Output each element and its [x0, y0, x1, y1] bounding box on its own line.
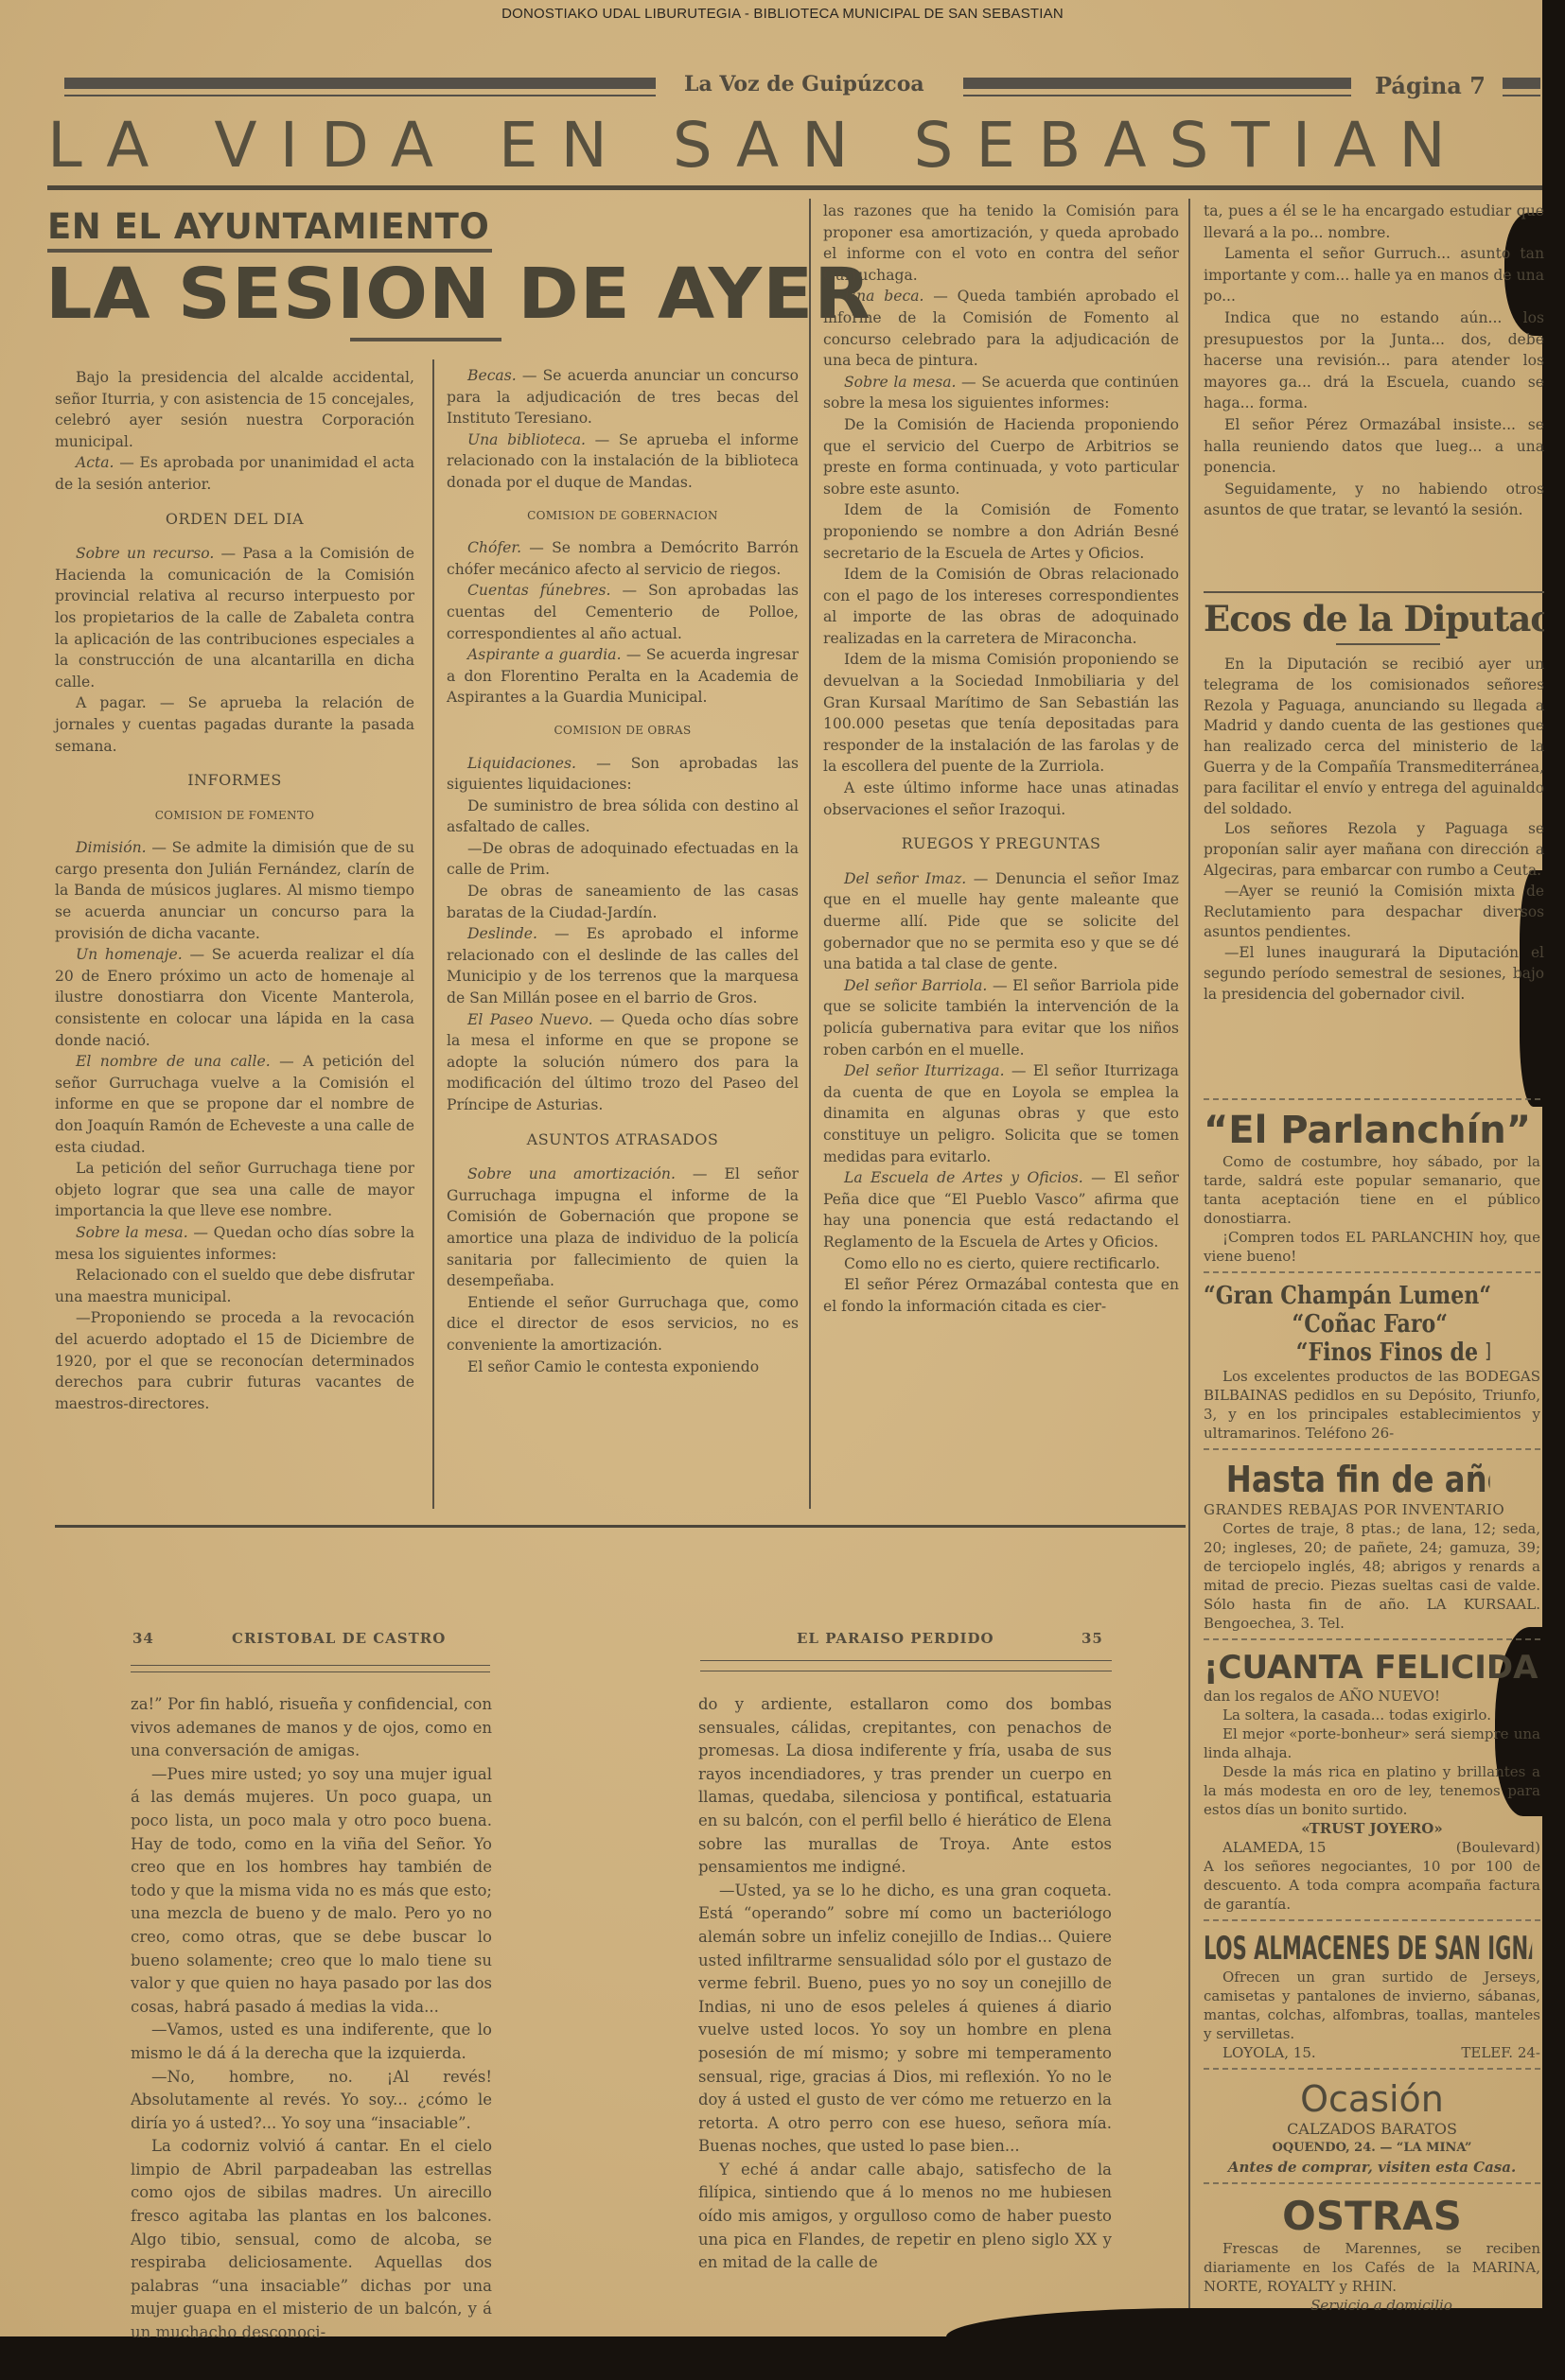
book-page-number-left: 34	[132, 1630, 154, 1647]
ad-separator	[1204, 1638, 1540, 1643]
paragraph: Sobre un recurso. — Pasa a la Comisión d…	[55, 543, 414, 692]
paragraph: Seguidamente, y no habiendo otros asunto…	[1204, 479, 1544, 521]
ad-ostras: OSTRAS Frescas de Marennes, se reciben d…	[1204, 2193, 1540, 2315]
item-label: Sobre la mesa.	[76, 1224, 188, 1241]
paragraph: Deslinde. — Es aprobado el informe relac…	[447, 923, 799, 1008]
item-label: Liquidaciones.	[467, 755, 576, 772]
item-label: El Paseo Nuevo.	[467, 1011, 593, 1028]
subheading: COMISION DE OBRAS	[447, 720, 799, 742]
item-label: Del señor Imaz.	[844, 870, 966, 887]
paragraph: —Ayer se reunió la Comisión mixta de Rec…	[1204, 882, 1544, 943]
ad-parlanchin: “El Parlanchín” Como de costumbre, hoy s…	[1204, 1109, 1540, 1266]
paragraph: Cuentas fúnebres. — Son aprobadas las cu…	[447, 580, 799, 644]
paragraph: De la Comisión de Hacienda proponiendo q…	[823, 414, 1179, 499]
book-header-rule	[700, 1671, 1112, 1671]
article-column-2: Becas. — Se acuerda anunciar un concurso…	[447, 365, 799, 1377]
item-label: Del señor Barriola.	[844, 977, 987, 994]
newspaper-name: La Voz de Guipúzcoa	[684, 72, 924, 96]
ad-brand: «TRUST JOYERO»	[1204, 1819, 1540, 1838]
paragraph: —No, hombre, no. ¡Al revés! Absolutament…	[131, 2066, 492, 2136]
masthead-rule	[64, 78, 656, 89]
item-label: Del señor Iturrizaga.	[844, 1062, 1005, 1079]
paragraph: El nombre de una calle. — A petición del…	[55, 1051, 414, 1158]
paragraph: —Vamos, usted es una indiferente, que lo…	[131, 2019, 492, 2065]
ad-body: Frescas de Marennes, se reciben diariame…	[1204, 2239, 1540, 2315]
subheading: ASUNTOS ATRASADOS	[447, 1129, 799, 1151]
item-label: A pagar.	[76, 694, 147, 711]
paragraph: —Usted, ya se lo he dicho, es una gran c…	[698, 1880, 1112, 2159]
ad-line: “Finos Finos de Rioja	[1204, 1339, 1490, 1367]
paragraph: La petición del señor Gurruchaga tiene p…	[55, 1158, 414, 1222]
subheading: INFORMES	[55, 770, 414, 792]
page-divider	[55, 1525, 1186, 1528]
item-label: La Escuela de Artes y Oficios.	[844, 1169, 1083, 1186]
paragraph: Lamenta el señor Gurruch... asunto tan i…	[1204, 243, 1544, 307]
ad-line: “Coñac Faro“	[1204, 1310, 1490, 1339]
paragraph: El Paseo Nuevo. — Queda ocho días sobre …	[447, 1009, 799, 1116]
archive-credit: DONOSTIAKO UDAL LIBURUTEGIA - BIBLIOTECA…	[0, 6, 1565, 22]
book-page-number-right: 35	[1081, 1630, 1103, 1647]
ad-address-note: (Boulevard)	[1437, 1838, 1540, 1857]
item-label: Una biblioteca.	[467, 431, 586, 448]
subheading: COMISION DE FOMENTO	[55, 805, 414, 827]
item-label: Dimisión.	[76, 839, 147, 856]
page-number: Página 7	[1375, 72, 1486, 99]
paragraph: Ofrecen un gran surtido de Jerseys, cami…	[1204, 1968, 1540, 2043]
book-left-page-text: za!” Por fin habló, risueña y confidenci…	[131, 1693, 492, 2345]
ad-title: “El Parlanchín”	[1204, 1109, 1540, 1152]
ad-line: “Gran Champán Lumen“	[1204, 1282, 1490, 1310]
paragraph: Y eché á andar calle abajo, satisfecho d…	[698, 2159, 1112, 2275]
ad-almacenes: LOS ALMACENES DE SAN IGNACIO Ofrecen un …	[1204, 1930, 1540, 2062]
paragraph: Idem de la misma Comisión proponiendo se…	[823, 649, 1179, 778]
headline-ornament-rule	[350, 338, 501, 341]
article-column-1: Bajo la presidencia del alcalde accident…	[55, 367, 414, 1414]
paragraph: Sobre la mesa. — Quedan ocho días sobre …	[55, 1222, 414, 1265]
paragraph: Del señor Imaz. — Denuncia el señor Imaz…	[823, 868, 1179, 975]
paragraph: Del señor Iturrizaga. — El señor Iturriz…	[823, 1060, 1179, 1167]
paragraph: A los señores negociantes, 10 por 100 de…	[1204, 1857, 1540, 1914]
masthead-rule	[1503, 78, 1540, 89]
paragraph: Como de costumbre, hoy sábado, por la ta…	[1204, 1152, 1540, 1228]
book-header-rule	[131, 1665, 490, 1666]
paragraph: El señor Pérez Ormazábal insiste... se h…	[1204, 414, 1544, 479]
book-header-rule	[700, 1660, 1112, 1661]
paragraph: Relacionado con el sueldo que debe disfr…	[55, 1265, 414, 1307]
item-label: El nombre de una calle.	[76, 1053, 271, 1070]
paragraph: A pagar. — Se aprueba la relación de jor…	[55, 692, 414, 757]
title-underline	[1336, 643, 1440, 645]
paragraph: El señor Pérez Ormazábal contesta que en…	[823, 1274, 1179, 1317]
item-label: Un homenaje.	[76, 946, 183, 963]
section-rule	[47, 185, 1542, 190]
paragraph: Liquidaciones. — Son aprobadas las sigui…	[447, 753, 799, 796]
book-running-header-right: EL PARAISO PERDIDO	[797, 1630, 994, 1647]
ad-title: ¡CUANTA FELICIDAD	[1204, 1649, 1540, 1687]
ad-separator	[1204, 1098, 1540, 1103]
paragraph: En la Diputación se recibió ayer un tele…	[1204, 655, 1544, 819]
item-label: Sobre un recurso.	[76, 545, 214, 562]
column-divider	[809, 199, 811, 1509]
ad-ocasion: Ocasión CALZADOS BARATOS OQUENDO, 24. — …	[1204, 2078, 1540, 2177]
diputacion-body: En la Diputación se recibió ayer un tele…	[1204, 655, 1544, 1006]
paragraph: De obras de saneamiento de las casas bar…	[447, 881, 799, 923]
ad-body: Los excelentes productos de las BODEGAS …	[1204, 1367, 1540, 1443]
paragraph: Del señor Barriola. — El señor Barriola …	[823, 975, 1179, 1060]
item-label: Becas.	[467, 367, 517, 384]
ad-separator	[1204, 2068, 1540, 2073]
paragraph: Los señores Rezola y Paguaga se proponía…	[1204, 819, 1544, 881]
paragraph: Bajo la presidencia del alcalde accident…	[55, 367, 414, 452]
item-label: Chófer.	[467, 539, 521, 556]
paragraph: Una biblioteca. — Se aprueba el informe …	[447, 429, 799, 494]
item-label: Una beca.	[844, 288, 923, 305]
torn-paper-damage	[1552, 1816, 1565, 2380]
paragraph: —Proponiendo se proceda a la revocación …	[55, 1307, 414, 1414]
ad-subtitle: GRANDES REBAJAS POR INVENTARIO	[1204, 1500, 1540, 1519]
subheading: COMISION DE GOBERNACION	[447, 505, 799, 527]
paragraph: Becas. — Se acuerda anunciar un concurso…	[447, 365, 799, 429]
paragraph: La Escuela de Artes y Oficios. — El seño…	[823, 1167, 1179, 1252]
paragraph: De suministro de brea sólida con destino…	[447, 796, 799, 838]
paragraph: Servicio a domicilio	[1204, 2296, 1540, 2315]
ad-phone: TELEF. 24-	[1442, 2043, 1540, 2062]
item-text: — El señor Gurruchaga impugna el informe…	[447, 1165, 799, 1289]
ad-address-line: LOYOLA, 15.TELEF. 24-	[1204, 2043, 1540, 2062]
paragraph: Frescas de Marennes, se reciben diariame…	[1204, 2239, 1540, 2296]
paragraph: Indica que no estando aún... los presupu…	[1204, 307, 1544, 414]
torn-paper-damage	[946, 2308, 1565, 2380]
kicker-underline	[47, 249, 492, 253]
ad-kursaal: Hasta fin de año GRANDES REBAJAS POR INV…	[1204, 1459, 1540, 1633]
article-column-4: ta, pues a él se le ha encargado estudia…	[1204, 201, 1544, 521]
ad-address-line: ALAMEDA, 15(Boulevard)	[1204, 1838, 1540, 1857]
subheading: RUEGOS Y PREGUNTAS	[823, 833, 1179, 855]
torn-paper-damage	[1542, 1088, 1565, 1561]
paragraph: —El lunes inaugurará la Diputación el se…	[1204, 943, 1544, 1005]
paragraph: Idem de la Comisión de Obras relacionado…	[823, 564, 1179, 649]
paragraph: Un homenaje. — Se acuerda realizar el dí…	[55, 944, 414, 1051]
article-headline: LA SESION DE AYER	[45, 254, 871, 335]
ad-separator	[1204, 2182, 1540, 2187]
ad-body: Ofrecen un gran surtido de Jerseys, cami…	[1204, 1968, 1540, 2062]
paragraph: Sobre la mesa. — Se acuerda que continúe…	[823, 372, 1179, 414]
paragraph: Entiende el señor Gurruchaga que, como d…	[447, 1292, 799, 1356]
ad-title: LOS ALMACENES DE SAN IGNACIO	[1204, 1930, 1532, 1968]
paragraph: —De obras de adoquinado efectuadas en la…	[447, 838, 799, 881]
ad-title: OSTRAS	[1204, 2193, 1540, 2239]
paragraph: Como ello no es cierto, quiere rectifica…	[823, 1253, 1179, 1275]
book-right-page-text: do y ardiente, estallaron como dos bomba…	[698, 1693, 1112, 2275]
paragraph: A este último informe hace unas atinadas…	[823, 778, 1179, 820]
paragraph: —Pues mire usted; yo soy una mujer igual…	[131, 1763, 492, 2020]
article-kicker: EN EL AYUNTAMIENTO	[47, 206, 489, 247]
ad-separator	[1204, 1271, 1540, 1276]
item-label: Deslinde.	[467, 925, 537, 942]
masthead-rule	[963, 78, 1351, 89]
column-divider	[432, 359, 434, 1509]
paragraph: dan los regalos de AÑO NUEVO!	[1204, 1687, 1540, 1706]
column-divider	[1188, 199, 1190, 2308]
diputacion-article: Ecos de la Diputación En la Diputación s…	[1204, 598, 1544, 1006]
book-running-header-left: CRISTOBAL DE CASTRO	[232, 1630, 446, 1647]
paragraph: La soltera, la casada... todas exigirlo.	[1204, 1706, 1540, 1724]
item-label: Cuentas fúnebres.	[467, 582, 610, 599]
section-title: LA VIDA EN SAN SEBASTIAN	[47, 109, 1561, 182]
item-label: Sobre la mesa.	[844, 374, 956, 391]
article-column-3: las razones que ha tenido la Comisión pa…	[823, 201, 1179, 1317]
paragraph: Sobre una amortización. — El señor Gurru…	[447, 1164, 799, 1292]
item-label: Acta.	[76, 454, 114, 471]
item-text: — Pasa a la Comisión de Hacienda la comu…	[55, 545, 414, 691]
section-separator	[1204, 591, 1544, 593]
ad-title: Hasta fin de año	[1204, 1459, 1490, 1500]
ad-address: LOYOLA, 15.	[1204, 2043, 1316, 2062]
paragraph: El señor Camio le contesta exponiendo	[447, 1356, 799, 1378]
masthead: La Voz de Guipúzcoa Página 7	[64, 72, 1540, 100]
paragraph: ta, pues a él se le ha encargado estudia…	[1204, 201, 1544, 243]
subheading: ORDEN DEL DIA	[55, 509, 414, 531]
ad-address: OQUENDO, 24. — “LA MINA”	[1204, 2139, 1540, 2158]
book-header-rule	[131, 1671, 490, 1672]
ad-tagline: Antes de comprar, visiten esta Casa.	[1204, 2158, 1540, 2177]
paragraph: Acta. — Es aprobada por unanimidad el ac…	[55, 452, 414, 495]
ad-body: Cortes de traje, 8 ptas.; de lana, 12; s…	[1204, 1519, 1540, 1633]
paragraph: Aspirante a guardia. — Se acuerda ingres…	[447, 644, 799, 709]
ad-subtitle: CALZADOS BARATOS	[1204, 2120, 1540, 2139]
paragraph: za!” Por fin habló, risueña y confidenci…	[131, 1693, 492, 1763]
ad-body: dan los regalos de AÑO NUEVO! La soltera…	[1204, 1687, 1540, 1914]
ad-body: Como de costumbre, hoy sábado, por la ta…	[1204, 1152, 1540, 1266]
paragraph: Desde la más rica en platino y brillante…	[1204, 1762, 1540, 1819]
paragraph: Dimisión. — Se admite la dimisión que de…	[55, 837, 414, 944]
paragraph: Chófer. — Se nombra a Demócrito Barrón c…	[447, 537, 799, 580]
ad-bodegas: “Gran Champán Lumen“ “Coñac Faro“ “Finos…	[1204, 1282, 1540, 1443]
paragraph: Cortes de traje, 8 ptas.; de lana, 12; s…	[1204, 1519, 1540, 1633]
item-label: Aspirante a guardia.	[467, 646, 622, 663]
ad-title: Ocasión	[1204, 2078, 1540, 2120]
ad-separator	[1204, 1448, 1540, 1453]
paragraph: La codorniz volvió á cantar. En el cielo…	[131, 2135, 492, 2344]
paragraph: Idem de la Comisión de Fomento proponien…	[823, 499, 1179, 564]
ad-trust-joyero: ¡CUANTA FELICIDAD dan los regalos de AÑO…	[1204, 1649, 1540, 1914]
paragraph: do y ardiente, estallaron como dos bomba…	[698, 1693, 1112, 1880]
paragraph: ¡Compren todos EL PARLANCHIN hoy, que vi…	[1204, 1228, 1540, 1266]
paragraph: las razones que ha tenido la Comisión pa…	[823, 201, 1179, 286]
item-label: Sobre una amortización.	[467, 1165, 676, 1182]
ad-address: ALAMEDA, 15	[1204, 1838, 1326, 1857]
paragraph: Una beca. — Queda también aprobado el in…	[823, 286, 1179, 371]
diputacion-title: Ecos de la Diputación	[1204, 598, 1544, 639]
paragraph: El mejor «porte-bonheur» será siempre un…	[1204, 1724, 1540, 1762]
paragraph: Los excelentes productos de las BODEGAS …	[1204, 1367, 1540, 1443]
ad-separator	[1204, 1919, 1540, 1924]
advertisements-column: “El Parlanchín” Como de costumbre, hoy s…	[1204, 1093, 1540, 2315]
